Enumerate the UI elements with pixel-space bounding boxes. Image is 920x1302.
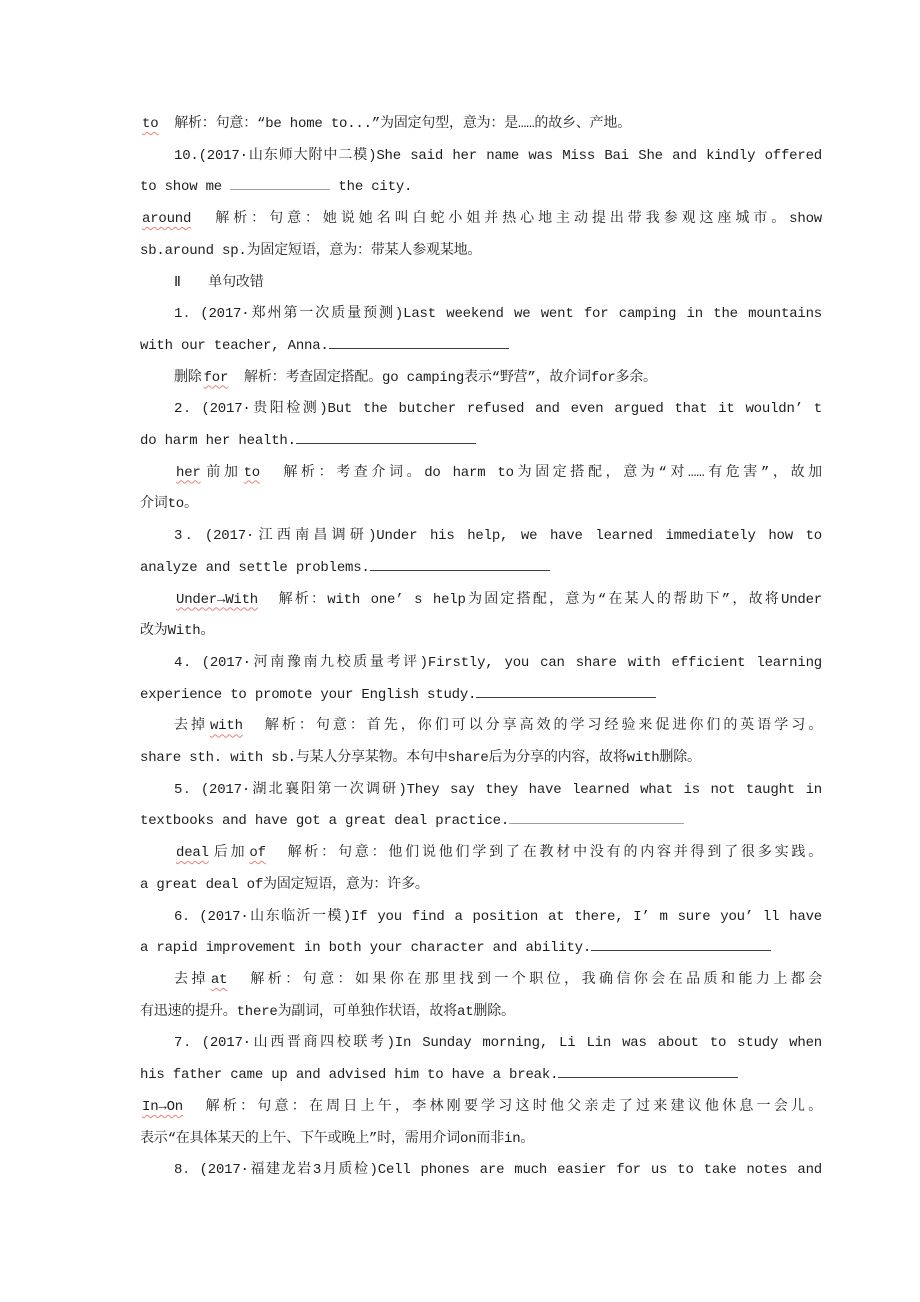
document-line: 删除for 解析：考查固定搭配。go camping表示“野营”，故介词for多… <box>140 363 822 395</box>
answer-word: around <box>142 211 191 227</box>
text-run: 解析：句意：首先，你们可以分享高效的学习经验来促进你们的英语学习。 <box>245 718 822 734</box>
document-line: a great deal of为固定短语，意为：许多。 <box>140 870 822 902</box>
document-line: around 解析：句意：她说她名叫白蛇小姐并热心地主动提出带我参观这座城市。s… <box>140 204 822 236</box>
document-line: 10.(2017·山东师大附中二模)She said her name was … <box>140 141 822 173</box>
text-run: 去掉 <box>174 718 208 734</box>
document-line: his father came up and advised him to ha… <box>140 1060 822 1092</box>
document-line: 2．(2017·贵阳检测)But the butcher refused and… <box>140 394 822 426</box>
document-line: 8．(2017·福建龙岩3月质检)Cell phones are much ea… <box>140 1155 822 1187</box>
document-line: 6．(2017·山东临沂一模)If you find a position at… <box>140 902 822 934</box>
text-run: 前加 <box>203 465 242 481</box>
text-run: 2．(2017·贵阳检测)But the butcher refused and… <box>174 401 822 417</box>
answer-word: to <box>244 465 260 481</box>
document-line: experience to promote your English study… <box>140 680 822 712</box>
text-run: 有迅速的提升。there为副词，可单独作状语，故将at删除。 <box>140 1004 515 1020</box>
document-line: 5．(2017·湖北襄阳第一次调研)They say they have lea… <box>140 775 822 807</box>
text-run: 8．(2017·福建龙岩3月质检)Cell phones are much ea… <box>174 1162 822 1178</box>
text-run: 5．(2017·湖北襄阳第一次调研)They say they have lea… <box>174 782 822 798</box>
text-run: his father came up and advised him to ha… <box>140 1067 558 1083</box>
text-run: Ⅱ 单句改错 <box>174 275 264 291</box>
document-line: a rapid improvement in both your charact… <box>140 933 822 965</box>
document-line: share sth. with sb.与某人分享某物。本句中share后为分享的… <box>140 743 822 775</box>
text-run: a rapid improvement in both your charact… <box>140 940 591 956</box>
answer-word: at <box>211 972 227 988</box>
document-line: 去掉with 解析：句意：首先，你们可以分享高效的学习经验来促进你们的英语学习。 <box>140 711 822 743</box>
document-line: 表示“在具体某天的上午、下午或晚上”时，需用介词on而非in。 <box>140 1124 822 1156</box>
document-line: sb.around sp.为固定短语，意为：带某人参观某地。 <box>140 236 822 268</box>
text-run: share sth. with sb.与某人分享某物。本句中share后为分享的… <box>140 750 701 766</box>
answer-word: her <box>176 465 201 481</box>
answer-word: to <box>142 116 158 132</box>
document-line: her前加to 解析：考查介词。do harm to为固定搭配，意为“对……有危… <box>140 458 822 490</box>
answer-word: deal <box>176 845 209 861</box>
answer-word: of <box>249 845 265 861</box>
text-run: analyze and settle problems. <box>140 560 370 576</box>
document-line: do harm her health. <box>140 426 822 458</box>
text-run: 改为With。 <box>140 623 214 639</box>
document-line: Ⅱ 单句改错 <box>140 268 822 300</box>
document-line: 4．(2017·河南豫南九校质量考评)Firstly, you can shar… <box>140 648 822 680</box>
text-run: to show me <box>140 179 230 195</box>
text-run: 去掉 <box>174 972 209 988</box>
text-run: 解析：考查固定搭配。go camping表示“野营”，故介词for多余。 <box>230 370 657 386</box>
answer-blank-line <box>509 811 684 824</box>
document-line: 介词to。 <box>140 489 822 521</box>
document-line: 3．(2017·江西南昌调研)Under his help, we have l… <box>140 521 822 553</box>
answer-word: Under→With <box>176 592 258 608</box>
text-run: experience to promote your English study… <box>140 687 476 703</box>
text-run: 1．(2017·郑州第一次质量预测)Last weekend we went f… <box>174 306 822 322</box>
answer-blank-line <box>558 1065 738 1078</box>
document-line: 有迅速的提升。there为副词，可单独作状语，故将at删除。 <box>140 997 822 1029</box>
document-line: deal后加of 解析：句意：他们说他们学到了在教材中没有的内容并得到了很多实践… <box>140 838 822 870</box>
text-run: 解析：考查介词。do harm to为固定搭配，意为“对……有危害”，故加 <box>262 465 822 481</box>
text-run: 解析：句意：“be home to...”为固定句型，意为：是……的故乡、产地。 <box>160 116 631 132</box>
document-line: with our teacher, Anna. <box>140 331 822 363</box>
text-run: sb.around sp.为固定短语，意为：带某人参观某地。 <box>140 243 481 259</box>
text-run: textbooks and have got a great deal prac… <box>140 813 509 829</box>
answer-word: for <box>204 370 229 386</box>
document-line: 7．(2017·山西晋商四校联考)In Sunday morning, Li L… <box>140 1028 822 1060</box>
text-run: 介词to。 <box>140 496 198 512</box>
text-run: 10.(2017·山东师大附中二模)She said her name was … <box>174 148 822 164</box>
text-run: do harm her health. <box>140 433 296 449</box>
document-line: 去掉at 解析：句意：如果你在那里找到一个职位，我确信你会在品质和能力上都会 <box>140 965 822 997</box>
document-line: 1．(2017·郑州第一次质量预测)Last weekend we went f… <box>140 299 822 331</box>
answer-blank-line <box>370 558 550 571</box>
text-run: 后加 <box>211 845 248 861</box>
text-run: 4．(2017·河南豫南九校质量考评)Firstly, you can shar… <box>174 655 822 671</box>
text-run: 删除 <box>174 370 202 386</box>
text-run: 解析：句意：在周日上午，李林刚要学习这时他父亲走了过来建议他休息一会儿。 <box>185 1099 822 1115</box>
answer-blank-line <box>296 431 476 444</box>
text-run: 解析：with one’ s help为固定搭配，意为“在某人的帮助下”，故将U… <box>260 592 822 608</box>
answer-blank-line <box>591 938 771 951</box>
document-line: to show me the city. <box>140 172 822 204</box>
document-line: 改为With。 <box>140 616 822 648</box>
document-body: to 解析：句意：“be home to...”为固定句型，意为：是……的故乡、… <box>140 109 822 1187</box>
text-run: 7．(2017·山西晋商四校联考)In Sunday morning, Li L… <box>174 1035 822 1051</box>
text-run: 解析：句意：如果你在那里找到一个职位，我确信你会在品质和能力上都会 <box>229 972 822 988</box>
text-run: 表示“在具体某天的上午、下午或晚上”时，需用介词on而非in。 <box>140 1131 534 1147</box>
answer-blank-line <box>476 685 656 698</box>
answer-word: In→On <box>142 1099 183 1115</box>
answer-blank-line <box>230 177 330 190</box>
document-line: In→On 解析：句意：在周日上午，李林刚要学习这时他父亲走了过来建议他休息一会… <box>140 1092 822 1124</box>
answer-word: with <box>210 718 243 734</box>
document-line: to 解析：句意：“be home to...”为固定句型，意为：是……的故乡、… <box>140 109 822 141</box>
document-line: textbooks and have got a great deal prac… <box>140 806 822 838</box>
text-run: the city. <box>330 179 412 195</box>
text-run: 解析：句意：他们说他们学到了在教材中没有的内容并得到了很多实践。 <box>268 845 822 861</box>
text-run: 6．(2017·山东临沂一模)If you find a position at… <box>174 909 822 925</box>
text-run: with our teacher, Anna. <box>140 338 329 354</box>
document-page: to 解析：句意：“be home to...”为固定句型，意为：是……的故乡、… <box>0 0 920 1302</box>
document-line: analyze and settle problems. <box>140 553 822 585</box>
text-run: a great deal of为固定短语，意为：许多。 <box>140 877 429 893</box>
text-run: 解析：句意：她说她名叫白蛇小姐并热心地主动提出带我参观这座城市。show <box>193 211 822 227</box>
answer-blank-line <box>329 336 509 349</box>
text-run: 3．(2017·江西南昌调研)Under his help, we have l… <box>174 528 822 544</box>
document-line: Under→With 解析：with one’ s help为固定搭配，意为“在… <box>140 585 822 617</box>
